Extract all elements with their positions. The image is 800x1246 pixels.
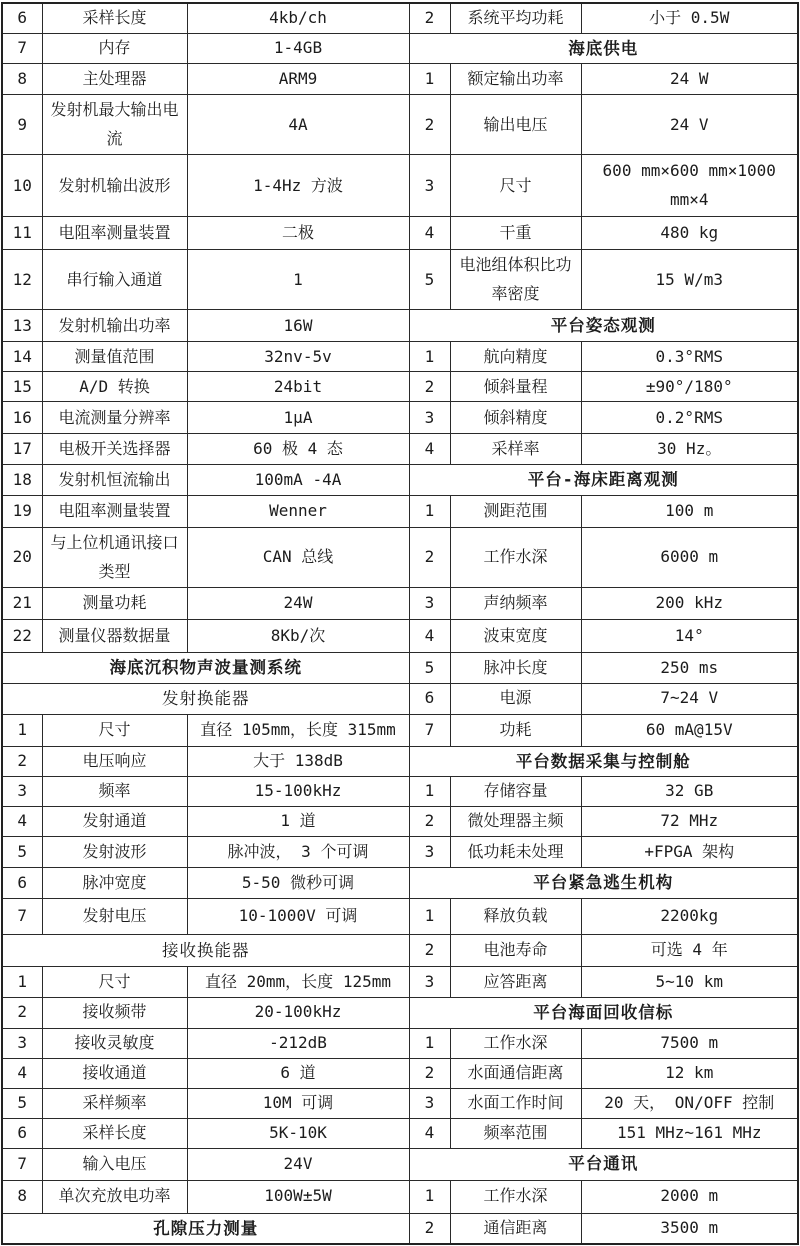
left-row-number: 2: [2, 746, 42, 777]
left-row-number: 5: [2, 837, 42, 868]
right-row-number: 4: [409, 217, 450, 250]
left-row-number: 17: [2, 434, 42, 465]
table-row: 5采样频率10M 可调3水面工作时间20 天， ON/OFF 控制: [2, 1088, 798, 1118]
right-row-number: 3: [409, 966, 450, 997]
right-param-label: 采样率: [450, 434, 581, 465]
left-row-number: 8: [2, 1180, 42, 1213]
right-param-label: 倾斜精度: [450, 402, 581, 434]
right-row-number: 2: [409, 1213, 450, 1244]
left-param-label: 串行输入通道: [42, 250, 187, 310]
left-param-label: 输入电压: [42, 1148, 187, 1180]
table-row: 7输入电压24V平台通讯: [2, 1148, 798, 1180]
left-param-label: 采样频率: [42, 1088, 187, 1118]
table-row: 2接收频带20-100kHz平台海面回收信标: [2, 997, 798, 1028]
left-row-number: 2: [2, 997, 42, 1028]
right-param-label: 输出电压: [450, 95, 581, 155]
left-param-label: 采样长度: [42, 1118, 187, 1148]
table-row: 6采样长度5K-10K4频率范围151 MHz~161 MHz: [2, 1118, 798, 1148]
left-param-value: 脉冲波， 3 个可调: [187, 837, 409, 868]
left-param-value: 100mA -4A: [187, 465, 409, 496]
table-row: 4发射通道1 道2微处理器主频72 MHz: [2, 807, 798, 837]
table-row: 12串行输入通道15电池组体积比功率密度15 W/m3: [2, 250, 798, 310]
right-param-value: 60 mA@15V: [581, 714, 798, 746]
left-row-number: 8: [2, 64, 42, 95]
right-param-value: 480 kg: [581, 217, 798, 250]
table-row: 22测量仪器数据量8Kb/次4波束宽度14°: [2, 620, 798, 653]
table-row: 16电流测量分辨率1μA3倾斜精度0.2°RMS: [2, 402, 798, 434]
right-param-value: 2200kg: [581, 898, 798, 934]
left-param-label: 测量仪器数据量: [42, 620, 187, 653]
left-row-number: 4: [2, 807, 42, 837]
left-param-label: 发射通道: [42, 807, 187, 837]
right-param-value: 6000 m: [581, 528, 798, 588]
table-row: 4接收通道6 道2水面通信距离12 km: [2, 1058, 798, 1088]
right-row-number: 2: [409, 95, 450, 155]
right-param-value: 2000 m: [581, 1180, 798, 1213]
right-param-value: 250 ms: [581, 653, 798, 684]
left-param-value: 5-50 微秒可调: [187, 868, 409, 899]
right-param-value: 0.3°RMS: [581, 342, 798, 372]
left-param-label: 测量值范围: [42, 342, 187, 372]
left-param-value: 100W±5W: [187, 1180, 409, 1213]
left-param-value: -212dB: [187, 1028, 409, 1058]
right-param-value: 20 天， ON/OFF 控制: [581, 1088, 798, 1118]
right-param-label: 工作水深: [450, 528, 581, 588]
right-row-number: 6: [409, 683, 450, 714]
left-param-label: 接收通道: [42, 1058, 187, 1088]
table-row: 18发射机恒流输出100mA -4A平台-海床距离观测: [2, 465, 798, 496]
left-param-label: 发射机输出功率: [42, 310, 187, 342]
right-param-label: 声纳频率: [450, 588, 581, 620]
left-param-label: 脉冲宽度: [42, 868, 187, 899]
left-row-number: 6: [2, 1118, 42, 1148]
right-param-value: 15 W/m3: [581, 250, 798, 310]
left-row-number: 10: [2, 155, 42, 217]
right-row-number: 3: [409, 588, 450, 620]
right-param-value: 12 km: [581, 1058, 798, 1088]
right-param-label: 干重: [450, 217, 581, 250]
right-param-value: +FPGA 架构: [581, 837, 798, 868]
right-row-number: 2: [409, 1058, 450, 1088]
spec-table-body: 6采样长度4kb/ch2系统平均功耗小于 0.5W7内存1-4GB海底供电8主处…: [2, 3, 798, 1244]
right-param-value: 151 MHz~161 MHz: [581, 1118, 798, 1148]
right-param-value: 24 W: [581, 64, 798, 95]
right-row-number: 1: [409, 342, 450, 372]
right-section-header: 平台数据采集与控制舱: [409, 746, 798, 777]
table-row: 21测量功耗24W3声纳频率200 kHz: [2, 588, 798, 620]
table-row: 7发射电压10-1000V 可调1释放负载2200kg: [2, 898, 798, 934]
right-section-header: 平台海面回收信标: [409, 997, 798, 1028]
table-row: 9发射机最大输出电流4A2输出电压24 V: [2, 95, 798, 155]
left-param-value: 1μA: [187, 402, 409, 434]
right-param-label: 额定输出功率: [450, 64, 581, 95]
left-param-label: 主处理器: [42, 64, 187, 95]
table-row: 海底沉积物声波量测系统5脉冲长度250 ms: [2, 653, 798, 684]
right-param-label: 电池组体积比功率密度: [450, 250, 581, 310]
left-param-value: 32nv-5v: [187, 342, 409, 372]
left-param-value: 4kb/ch: [187, 3, 409, 33]
right-param-label: 电池寿命: [450, 934, 581, 966]
left-param-label: 发射电压: [42, 898, 187, 934]
table-row: 1尺寸直径 20mm，长度 125mm3应答距离5~10 km: [2, 966, 798, 997]
table-row: 8主处理器ARM91额定输出功率24 W: [2, 64, 798, 95]
left-param-label: 电阻率测量装置: [42, 496, 187, 528]
right-param-value: 0.2°RMS: [581, 402, 798, 434]
left-param-value: 1-4Hz 方波: [187, 155, 409, 217]
left-param-value: 4A: [187, 95, 409, 155]
left-param-label: 接收灵敏度: [42, 1028, 187, 1058]
left-param-value: 直径 105mm，长度 315mm: [187, 714, 409, 746]
left-row-number: 4: [2, 1058, 42, 1088]
table-row: 14测量值范围32nv-5v1航向精度0.3°RMS: [2, 342, 798, 372]
right-param-value: 100 m: [581, 496, 798, 528]
right-param-label: 频率范围: [450, 1118, 581, 1148]
left-param-label: 频率: [42, 777, 187, 807]
left-row-number: 1: [2, 966, 42, 997]
right-param-value: 24 V: [581, 95, 798, 155]
left-param-value: 24bit: [187, 372, 409, 402]
right-section-header: 平台通讯: [409, 1148, 798, 1180]
table-row: 3接收灵敏度-212dB1工作水深7500 m: [2, 1028, 798, 1058]
right-param-label: 通信距离: [450, 1213, 581, 1244]
table-row: 20与上位机通讯接口类型CAN 总线2工作水深6000 m: [2, 528, 798, 588]
right-row-number: 1: [409, 1028, 450, 1058]
left-row-number: 18: [2, 465, 42, 496]
right-param-value: 30 Hz。: [581, 434, 798, 465]
table-row: 5发射波形脉冲波， 3 个可调3低功耗未处理+FPGA 架构: [2, 837, 798, 868]
left-row-number: 16: [2, 402, 42, 434]
left-param-value: 8Kb/次: [187, 620, 409, 653]
left-row-number: 22: [2, 620, 42, 653]
right-param-label: 水面工作时间: [450, 1088, 581, 1118]
document-page: 6采样长度4kb/ch2系统平均功耗小于 0.5W7内存1-4GB海底供电8主处…: [0, 0, 800, 1246]
table-row: 6脉冲宽度5-50 微秒可调平台紧急逃生机构: [2, 868, 798, 899]
left-param-value: 1 道: [187, 807, 409, 837]
left-row-number: 21: [2, 588, 42, 620]
right-param-label: 低功耗未处理: [450, 837, 581, 868]
left-param-label: 发射机输出波形: [42, 155, 187, 217]
left-param-label: 电压响应: [42, 746, 187, 777]
left-param-value: ARM9: [187, 64, 409, 95]
right-param-label: 尺寸: [450, 155, 581, 217]
left-param-label: A/D 转换: [42, 372, 187, 402]
left-param-value: 直径 20mm，长度 125mm: [187, 966, 409, 997]
right-param-value: 14°: [581, 620, 798, 653]
right-row-number: 2: [409, 807, 450, 837]
left-param-value: 大于 138dB: [187, 746, 409, 777]
right-section-header: 平台姿态观测: [409, 310, 798, 342]
left-row-number: 14: [2, 342, 42, 372]
table-row: 6采样长度4kb/ch2系统平均功耗小于 0.5W: [2, 3, 798, 33]
right-row-number: 2: [409, 934, 450, 966]
left-param-value: 6 道: [187, 1058, 409, 1088]
left-param-label: 采样长度: [42, 3, 187, 33]
right-row-number: 1: [409, 64, 450, 95]
right-param-label: 测距范围: [450, 496, 581, 528]
left-row-number: 11: [2, 217, 42, 250]
left-row-number: 15: [2, 372, 42, 402]
table-row: 11电阻率测量装置二极4干重480 kg: [2, 217, 798, 250]
left-param-label: 单次充放电功率: [42, 1180, 187, 1213]
left-row-number: 3: [2, 777, 42, 807]
left-row-number: 12: [2, 250, 42, 310]
left-param-label: 电流测量分辨率: [42, 402, 187, 434]
right-param-value: 可选 4 年: [581, 934, 798, 966]
left-param-value: 24V: [187, 1148, 409, 1180]
left-param-value: CAN 总线: [187, 528, 409, 588]
left-param-value: 60 极 4 态: [187, 434, 409, 465]
right-param-value: 32 GB: [581, 777, 798, 807]
table-row: 19电阻率测量装置Wenner1测距范围100 m: [2, 496, 798, 528]
right-section-header: 海底供电: [409, 33, 798, 64]
right-row-number: 2: [409, 372, 450, 402]
left-param-label: 接收频带: [42, 997, 187, 1028]
left-param-value: Wenner: [187, 496, 409, 528]
table-row: 2电压响应大于 138dB平台数据采集与控制舱: [2, 746, 798, 777]
right-section-header: 平台-海床距离观测: [409, 465, 798, 496]
right-param-label: 电源: [450, 683, 581, 714]
left-param-value: 1: [187, 250, 409, 310]
left-param-value: 10-1000V 可调: [187, 898, 409, 934]
table-row: 15A/D 转换24bit2倾斜量程±90°/180°: [2, 372, 798, 402]
table-row: 13发射机输出功率16W平台姿态观测: [2, 310, 798, 342]
left-param-label: 发射波形: [42, 837, 187, 868]
left-row-number: 13: [2, 310, 42, 342]
left-section-header: 海底沉积物声波量测系统: [2, 653, 409, 684]
left-param-value: 二极: [187, 217, 409, 250]
right-param-value: 72 MHz: [581, 807, 798, 837]
left-row-number: 3: [2, 1028, 42, 1058]
right-param-label: 倾斜量程: [450, 372, 581, 402]
left-param-value: 20-100kHz: [187, 997, 409, 1028]
right-param-label: 水面通信距离: [450, 1058, 581, 1088]
left-row-number: 6: [2, 868, 42, 899]
right-row-number: 4: [409, 1118, 450, 1148]
left-param-value: 24W: [187, 588, 409, 620]
right-param-label: 功耗: [450, 714, 581, 746]
right-row-number: 1: [409, 496, 450, 528]
right-section-header: 平台紧急逃生机构: [409, 868, 798, 899]
left-section-header: 接收换能器: [2, 934, 409, 966]
left-param-label: 尺寸: [42, 714, 187, 746]
left-param-label: 电极开关选择器: [42, 434, 187, 465]
right-row-number: 7: [409, 714, 450, 746]
right-param-value: 7500 m: [581, 1028, 798, 1058]
table-row: 孔隙压力测量2通信距离3500 m: [2, 1213, 798, 1244]
right-param-label: 应答距离: [450, 966, 581, 997]
right-param-value: 200 kHz: [581, 588, 798, 620]
right-row-number: 2: [409, 528, 450, 588]
right-row-number: 4: [409, 620, 450, 653]
right-param-label: 波束宽度: [450, 620, 581, 653]
right-param-value: 600 mm×600 mm×1000 mm×4: [581, 155, 798, 217]
left-param-label: 发射机恒流输出: [42, 465, 187, 496]
table-row: 7内存1-4GB海底供电: [2, 33, 798, 64]
right-param-value: 5~10 km: [581, 966, 798, 997]
right-param-label: 微处理器主频: [450, 807, 581, 837]
right-row-number: 3: [409, 402, 450, 434]
left-section-header: 孔隙压力测量: [2, 1213, 409, 1244]
right-param-value: 7~24 V: [581, 683, 798, 714]
left-row-number: 7: [2, 898, 42, 934]
left-param-label: 与上位机通讯接口类型: [42, 528, 187, 588]
left-param-label: 内存: [42, 33, 187, 64]
left-row-number: 7: [2, 33, 42, 64]
left-param-value: 10M 可调: [187, 1088, 409, 1118]
table-row: 1尺寸直径 105mm，长度 315mm7功耗60 mA@15V: [2, 714, 798, 746]
table-row: 17电极开关选择器60 极 4 态4采样率30 Hz。: [2, 434, 798, 465]
left-param-value: 1-4GB: [187, 33, 409, 64]
left-row-number: 1: [2, 714, 42, 746]
right-param-label: 系统平均功耗: [450, 3, 581, 33]
table-row: 3频率15-100kHz1存储容量32 GB: [2, 777, 798, 807]
right-param-value: 小于 0.5W: [581, 3, 798, 33]
right-param-label: 工作水深: [450, 1028, 581, 1058]
left-row-number: 19: [2, 496, 42, 528]
left-row-number: 20: [2, 528, 42, 588]
left-row-number: 9: [2, 95, 42, 155]
left-param-value: 5K-10K: [187, 1118, 409, 1148]
right-row-number: 3: [409, 837, 450, 868]
right-param-label: 释放负载: [450, 898, 581, 934]
left-param-value: 16W: [187, 310, 409, 342]
right-row-number: 5: [409, 653, 450, 684]
right-row-number: 3: [409, 1088, 450, 1118]
left-section-header: 发射换能器: [2, 683, 409, 714]
right-row-number: 3: [409, 155, 450, 217]
right-param-label: 存储容量: [450, 777, 581, 807]
right-param-label: 脉冲长度: [450, 653, 581, 684]
right-param-value: ±90°/180°: [581, 372, 798, 402]
right-row-number: 1: [409, 898, 450, 934]
right-row-number: 1: [409, 777, 450, 807]
left-row-number: 6: [2, 3, 42, 33]
left-param-label: 尺寸: [42, 966, 187, 997]
table-row: 8单次充放电功率100W±5W1工作水深2000 m: [2, 1180, 798, 1213]
spec-table: 6采样长度4kb/ch2系统平均功耗小于 0.5W7内存1-4GB海底供电8主处…: [1, 2, 799, 1245]
left-param-label: 测量功耗: [42, 588, 187, 620]
table-row: 接收换能器2电池寿命可选 4 年: [2, 934, 798, 966]
right-row-number: 1: [409, 1180, 450, 1213]
left-param-label: 电阻率测量装置: [42, 217, 187, 250]
right-row-number: 2: [409, 3, 450, 33]
left-param-value: 15-100kHz: [187, 777, 409, 807]
right-param-label: 航向精度: [450, 342, 581, 372]
left-row-number: 5: [2, 1088, 42, 1118]
left-row-number: 7: [2, 1148, 42, 1180]
left-param-label: 发射机最大输出电流: [42, 95, 187, 155]
right-param-label: 工作水深: [450, 1180, 581, 1213]
right-param-value: 3500 m: [581, 1213, 798, 1244]
right-row-number: 4: [409, 434, 450, 465]
table-row: 10发射机输出波形1-4Hz 方波3尺寸600 mm×600 mm×1000 m…: [2, 155, 798, 217]
right-row-number: 5: [409, 250, 450, 310]
table-row: 发射换能器6电源7~24 V: [2, 683, 798, 714]
